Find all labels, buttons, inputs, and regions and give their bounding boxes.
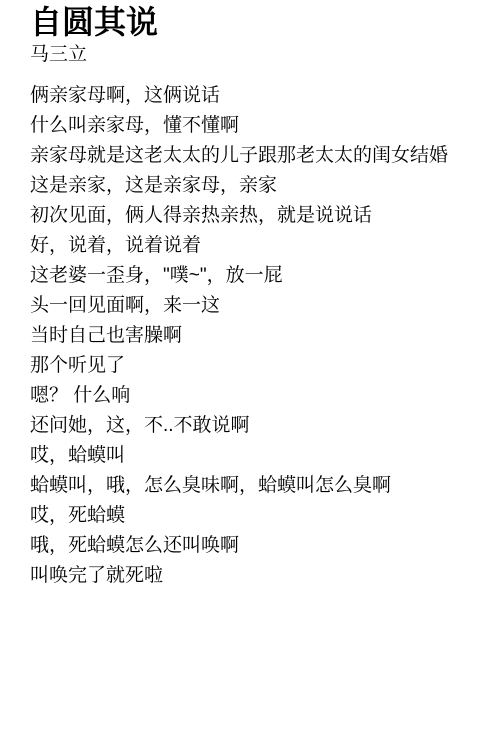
- lyrics-body: 俩亲家母啊，这俩说话 什么叫亲家母，懂不懂啊 亲家母就是这老太太的儿子跟那老太太…: [30, 81, 478, 591]
- lyric-line: 俩亲家母啊，这俩说话: [30, 81, 478, 111]
- lyric-line: 头一回见面啊，来一这: [30, 291, 478, 321]
- lyric-line: 那个听见了: [30, 351, 478, 381]
- lyric-line: 嗯？ 什么响: [30, 381, 478, 411]
- lyric-line: 哎，蛤蟆叫: [30, 441, 478, 471]
- lyric-line: 好，说着，说着说着: [30, 231, 478, 261]
- author-name: 马三立: [30, 45, 478, 65]
- lyric-line: 亲家母就是这老太太的儿子跟那老太太的闺女结婚: [30, 141, 478, 171]
- lyric-line: 这老婆一歪身，"噗~"，放一屁: [30, 261, 478, 291]
- lyric-line: 初次见面，俩人得亲热亲热，就是说说话: [30, 201, 478, 231]
- lyric-line: 哎，死蛤蟆: [30, 501, 478, 531]
- lyric-line: 当时自己也害臊啊: [30, 321, 478, 351]
- lyric-line: 叫唤完了就死啦: [30, 561, 478, 591]
- lyric-line: 什么叫亲家母，懂不懂啊: [30, 111, 478, 141]
- lyric-line: 还问她，这，不..不敢说啊: [30, 411, 478, 441]
- lyrics-page: 自圆其说 马三立 俩亲家母啊，这俩说话 什么叫亲家母，懂不懂啊 亲家母就是这老太…: [0, 0, 500, 730]
- lyric-line: 这是亲家，这是亲家母，亲家: [30, 171, 478, 201]
- page-title: 自圆其说: [30, 5, 478, 39]
- lyric-line: 蛤蟆叫，哦，怎么臭味啊，蛤蟆叫怎么臭啊: [30, 471, 478, 501]
- lyric-line: 哦，死蛤蟆怎么还叫唤啊: [30, 531, 478, 561]
